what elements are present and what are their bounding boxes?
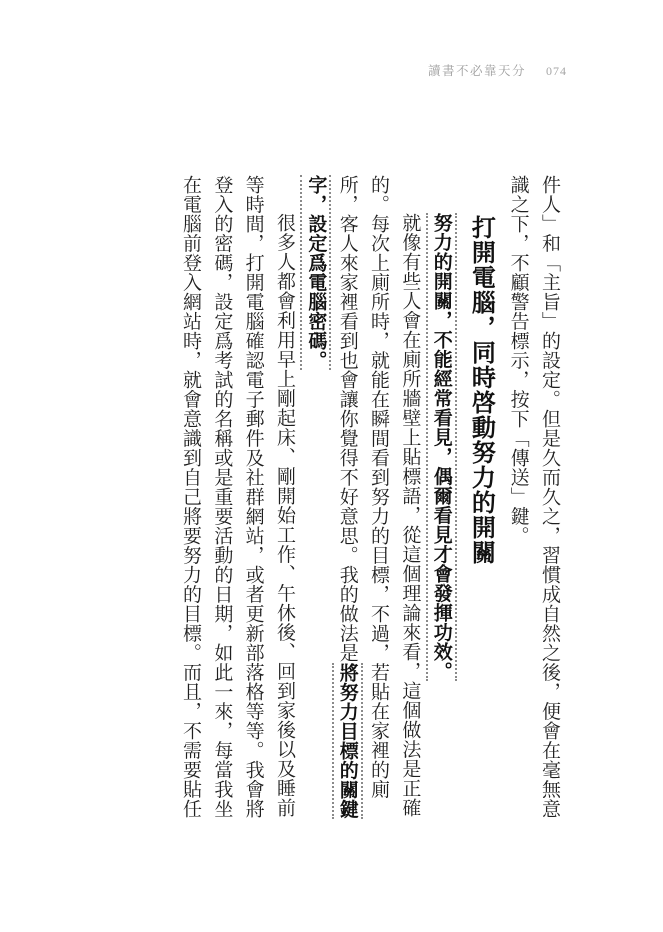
section-heading: 打開電腦，同時啓動努力的開關 [457, 175, 503, 827]
page-number: 074 [546, 64, 567, 79]
paragraph-password: 很多人都會利用早上剛起床、剛開始工作、午休後、回到家後以及睡前等時間，打開電腦確… [175, 175, 300, 827]
emphasis-paragraph: 努力的開關，不能經常看見，偶爾看見才會發揮功效。 [425, 175, 456, 827]
paragraph-continued: 件人」和「主旨」的設定。但是久而久之，習慣成自然之後，便會在毫無意識之下，不顧警… [502, 175, 565, 827]
emphasis-paragraph-text: 努力的開關，不能經常看見，偶爾看見才會發揮功效。 [426, 213, 457, 681]
book-page: 讀書不必靠天分 074 件人」和「主旨」的設定。但是久而久之，習慣成自然之後，便… [0, 0, 663, 932]
running-head: 讀書不必靠天分 074 [428, 61, 567, 79]
paragraph-toilet: 就像有些人會在廁所牆壁上貼標語，從這個理論來看，這個做法是正確的。每次上廁所時，… [300, 175, 425, 827]
vertical-text-block: 件人」和「主旨」的設定。但是久而久之，習慣成自然之後，便會在毫無意識之下，不顧警… [175, 175, 565, 827]
running-title: 讀書不必靠天分 [428, 61, 526, 79]
